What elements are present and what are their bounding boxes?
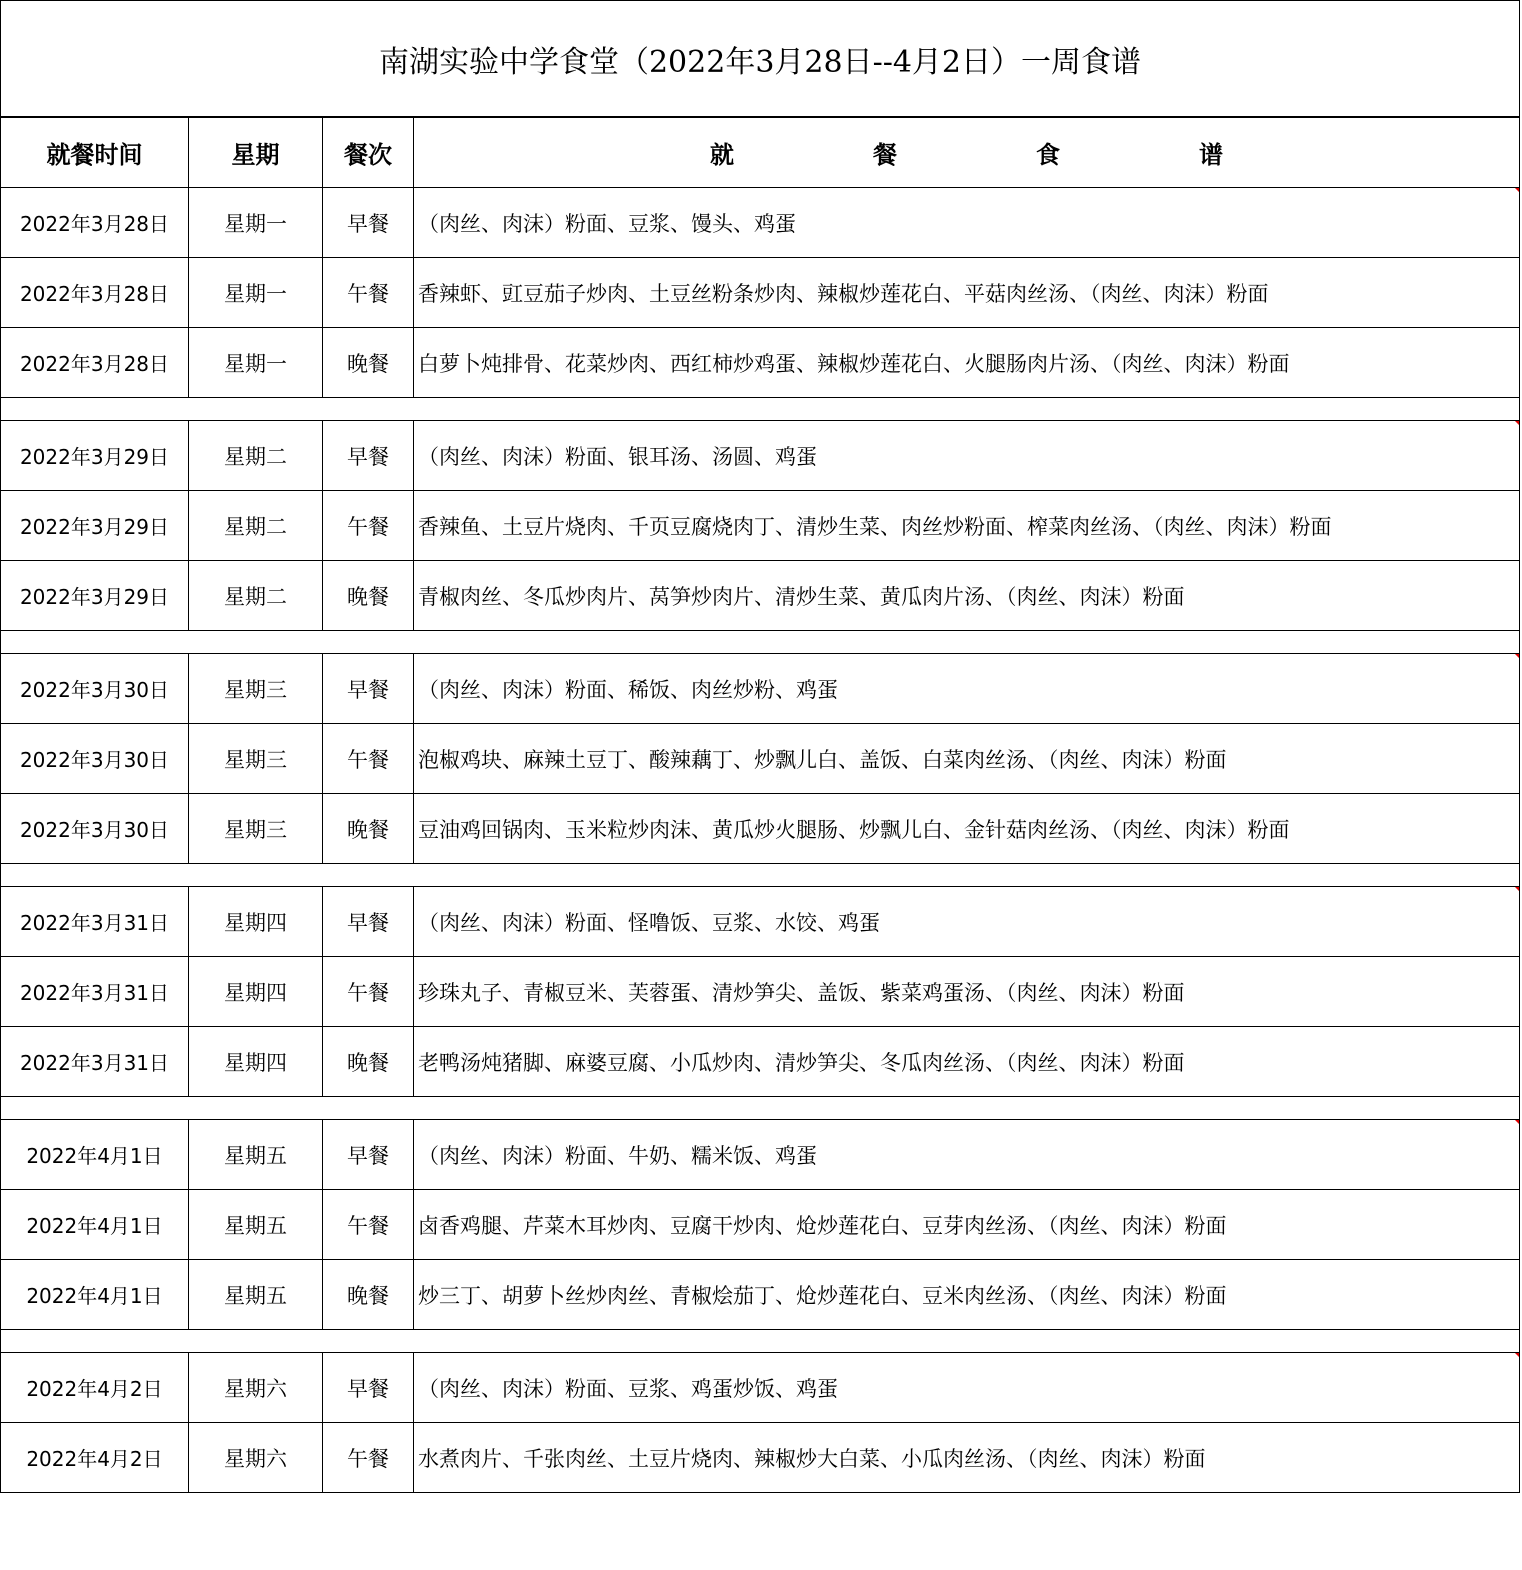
weekday-cell[interactable]: 星期四: [189, 1027, 323, 1097]
page-title: 南湖实验中学食堂（2022年3月28日--4月2日）一周食谱: [379, 37, 1141, 81]
menu-cell[interactable]: （肉丝、肉沫）粉面、怪噜饭、豆浆、水饺、鸡蛋: [414, 887, 1520, 957]
comment-indicator-icon[interactable]: [1514, 1120, 1520, 1126]
table-row: 2022年3月28日星期一午餐香辣虾、豇豆茄子炒肉、土豆丝粉条炒肉、辣椒炒莲花白…: [1, 258, 1520, 328]
menu-cell[interactable]: 珍珠丸子、青椒豆米、芙蓉蛋、清炒笋尖、盖饭、紫菜鸡蛋汤、（肉丝、肉沫）粉面: [414, 957, 1520, 1027]
header-menu-char: 谱: [1130, 135, 1293, 170]
comment-indicator-icon[interactable]: [1514, 188, 1520, 194]
meal-cell[interactable]: 早餐: [323, 654, 414, 724]
header-menu-char: 餐: [804, 135, 967, 170]
spreadsheet: 南湖实验中学食堂（2022年3月28日--4月2日）一周食谱 就餐时间 星期 餐…: [0, 0, 1520, 1493]
menu-cell[interactable]: 青椒肉丝、冬瓜炒肉片、莴笋炒肉片、清炒生菜、黄瓜肉片汤、（肉丝、肉沫）粉面: [414, 561, 1520, 631]
header-menu-char: 食: [967, 135, 1130, 170]
meal-cell[interactable]: 午餐: [323, 258, 414, 328]
table-row: 2022年3月30日星期三晚餐豆油鸡回锅肉、玉米粒炒肉沫、黄瓜炒火腿肠、炒飘儿白…: [1, 794, 1520, 864]
meal-cell[interactable]: 早餐: [323, 421, 414, 491]
date-cell[interactable]: 2022年4月1日: [1, 1120, 189, 1190]
header-meal[interactable]: 餐次: [323, 118, 414, 188]
date-cell[interactable]: 2022年3月28日: [1, 328, 189, 398]
date-cell[interactable]: 2022年4月1日: [1, 1260, 189, 1330]
date-cell[interactable]: 2022年3月31日: [1, 887, 189, 957]
header-row: 就餐时间 星期 餐次 就餐食谱: [1, 118, 1520, 188]
table-row: 2022年3月28日星期一晚餐白萝卜炖排骨、花菜炒肉、西红柿炒鸡蛋、辣椒炒莲花白…: [1, 328, 1520, 398]
spacer-row: [1, 1097, 1520, 1120]
table-row: 2022年3月31日星期四早餐（肉丝、肉沫）粉面、怪噜饭、豆浆、水饺、鸡蛋: [1, 887, 1520, 957]
meal-cell[interactable]: 早餐: [323, 887, 414, 957]
date-cell[interactable]: 2022年3月31日: [1, 1027, 189, 1097]
date-cell[interactable]: 2022年3月30日: [1, 794, 189, 864]
meal-cell[interactable]: 早餐: [323, 1353, 414, 1423]
weekday-cell[interactable]: 星期一: [189, 258, 323, 328]
menu-cell[interactable]: （肉丝、肉沫）粉面、银耳汤、汤圆、鸡蛋: [414, 421, 1520, 491]
menu-cell[interactable]: 炒三丁、胡萝卜丝炒肉丝、青椒烩茄丁、炝炒莲花白、豆米肉丝汤、（肉丝、肉沫）粉面: [414, 1260, 1520, 1330]
meal-cell[interactable]: 午餐: [323, 1190, 414, 1260]
weekday-cell[interactable]: 星期四: [189, 887, 323, 957]
table-row: 2022年3月30日星期三早餐（肉丝、肉沫）粉面、稀饭、肉丝炒粉、鸡蛋: [1, 654, 1520, 724]
menu-cell[interactable]: （肉丝、肉沫）粉面、牛奶、糯米饭、鸡蛋: [414, 1120, 1520, 1190]
menu-cell[interactable]: （肉丝、肉沫）粉面、豆浆、馒头、鸡蛋: [414, 188, 1520, 258]
spacer-row: [1, 1330, 1520, 1353]
meal-cell[interactable]: 晚餐: [323, 794, 414, 864]
comment-indicator-icon[interactable]: [1514, 654, 1520, 660]
table-row: 2022年3月30日星期三午餐泡椒鸡块、麻辣土豆丁、酸辣藕丁、炒飘儿白、盖饭、白…: [1, 724, 1520, 794]
weekday-cell[interactable]: 星期四: [189, 957, 323, 1027]
header-weekday[interactable]: 星期: [189, 118, 323, 188]
date-cell[interactable]: 2022年3月28日: [1, 188, 189, 258]
menu-cell[interactable]: 卤香鸡腿、芹菜木耳炒肉、豆腐干炒肉、炝炒莲花白、豆芽肉丝汤、（肉丝、肉沫）粉面: [414, 1190, 1520, 1260]
weekday-cell[interactable]: 星期五: [189, 1260, 323, 1330]
menu-cell[interactable]: 水煮肉片、千张肉丝、土豆片烧肉、辣椒炒大白菜、小瓜肉丝汤、（肉丝、肉沫）粉面: [414, 1423, 1520, 1493]
spacer-cell[interactable]: [1, 1097, 1520, 1120]
weekday-cell[interactable]: 星期三: [189, 724, 323, 794]
date-cell[interactable]: 2022年3月30日: [1, 724, 189, 794]
spacer-cell[interactable]: [1, 631, 1520, 654]
table-row: 2022年4月2日星期六早餐（肉丝、肉沫）粉面、豆浆、鸡蛋炒饭、鸡蛋: [1, 1353, 1520, 1423]
weekday-cell[interactable]: 星期二: [189, 491, 323, 561]
weekday-cell[interactable]: 星期六: [189, 1353, 323, 1423]
comment-indicator-icon[interactable]: [1514, 887, 1520, 893]
meal-cell[interactable]: 午餐: [323, 724, 414, 794]
weekday-cell[interactable]: 星期五: [189, 1190, 323, 1260]
weekday-cell[interactable]: 星期一: [189, 328, 323, 398]
weekday-cell[interactable]: 星期六: [189, 1423, 323, 1493]
weekday-cell[interactable]: 星期二: [189, 561, 323, 631]
spacer-cell[interactable]: [1, 864, 1520, 887]
date-cell[interactable]: 2022年3月29日: [1, 491, 189, 561]
title-cell[interactable]: 南湖实验中学食堂（2022年3月28日--4月2日）一周食谱: [0, 0, 1520, 117]
table-row: 2022年3月28日星期一早餐（肉丝、肉沫）粉面、豆浆、馒头、鸡蛋: [1, 188, 1520, 258]
spacer-cell[interactable]: [1, 1330, 1520, 1353]
table-row: 2022年3月29日星期二早餐（肉丝、肉沫）粉面、银耳汤、汤圆、鸡蛋: [1, 421, 1520, 491]
date-cell[interactable]: 2022年4月1日: [1, 1190, 189, 1260]
date-cell[interactable]: 2022年4月2日: [1, 1423, 189, 1493]
menu-table: 就餐时间 星期 餐次 就餐食谱 2022年3月28日星期一早餐（肉丝、肉沫）粉面…: [0, 117, 1520, 1493]
header-date[interactable]: 就餐时间: [1, 118, 189, 188]
meal-cell[interactable]: 晚餐: [323, 561, 414, 631]
table-row: 2022年3月31日星期四午餐珍珠丸子、青椒豆米、芙蓉蛋、清炒笋尖、盖饭、紫菜鸡…: [1, 957, 1520, 1027]
meal-cell[interactable]: 晚餐: [323, 1260, 414, 1330]
date-cell[interactable]: 2022年4月2日: [1, 1353, 189, 1423]
weekday-cell[interactable]: 星期五: [189, 1120, 323, 1190]
table-row: 2022年3月29日星期二午餐香辣鱼、土豆片烧肉、千页豆腐烧肉丁、清炒生菜、肉丝…: [1, 491, 1520, 561]
meal-cell[interactable]: 早餐: [323, 188, 414, 258]
table-row: 2022年3月29日星期二晚餐青椒肉丝、冬瓜炒肉片、莴笋炒肉片、清炒生菜、黄瓜肉…: [1, 561, 1520, 631]
weekday-cell[interactable]: 星期三: [189, 794, 323, 864]
spacer-cell[interactable]: [1, 398, 1520, 421]
header-menu[interactable]: 就餐食谱: [414, 118, 1520, 188]
comment-indicator-icon[interactable]: [1514, 421, 1520, 427]
menu-cell[interactable]: （肉丝、肉沫）粉面、豆浆、鸡蛋炒饭、鸡蛋: [414, 1353, 1520, 1423]
date-cell[interactable]: 2022年3月31日: [1, 957, 189, 1027]
table-row: 2022年4月1日星期五晚餐炒三丁、胡萝卜丝炒肉丝、青椒烩茄丁、炝炒莲花白、豆米…: [1, 1260, 1520, 1330]
table-row: 2022年4月1日星期五早餐（肉丝、肉沫）粉面、牛奶、糯米饭、鸡蛋: [1, 1120, 1520, 1190]
menu-cell[interactable]: 香辣虾、豇豆茄子炒肉、土豆丝粉条炒肉、辣椒炒莲花白、平菇肉丝汤、（肉丝、肉沫）粉…: [414, 258, 1520, 328]
menu-cell[interactable]: （肉丝、肉沫）粉面、稀饭、肉丝炒粉、鸡蛋: [414, 654, 1520, 724]
weekday-cell[interactable]: 星期二: [189, 421, 323, 491]
spacer-row: [1, 398, 1520, 421]
meal-cell[interactable]: 午餐: [323, 1423, 414, 1493]
header-menu-char: 就: [641, 135, 804, 170]
meal-cell[interactable]: 早餐: [323, 1120, 414, 1190]
table-row: 2022年3月31日星期四晚餐老鸭汤炖猪脚、麻婆豆腐、小瓜炒肉、清炒笋尖、冬瓜肉…: [1, 1027, 1520, 1097]
weekday-cell[interactable]: 星期一: [189, 188, 323, 258]
menu-cell[interactable]: 泡椒鸡块、麻辣土豆丁、酸辣藕丁、炒飘儿白、盖饭、白菜肉丝汤、（肉丝、肉沫）粉面: [414, 724, 1520, 794]
meal-cell[interactable]: 晚餐: [323, 1027, 414, 1097]
meal-cell[interactable]: 午餐: [323, 957, 414, 1027]
comment-indicator-icon[interactable]: [1514, 1353, 1520, 1359]
date-cell[interactable]: 2022年3月28日: [1, 258, 189, 328]
menu-cell[interactable]: 老鸭汤炖猪脚、麻婆豆腐、小瓜炒肉、清炒笋尖、冬瓜肉丝汤、（肉丝、肉沫）粉面: [414, 1027, 1520, 1097]
spacer-row: [1, 631, 1520, 654]
date-cell[interactable]: 2022年3月29日: [1, 561, 189, 631]
meal-cell[interactable]: 午餐: [323, 491, 414, 561]
spacer-row: [1, 864, 1520, 887]
date-cell[interactable]: 2022年3月29日: [1, 421, 189, 491]
menu-cell[interactable]: 豆油鸡回锅肉、玉米粒炒肉沫、黄瓜炒火腿肠、炒飘儿白、金针菇肉丝汤、（肉丝、肉沫）…: [414, 794, 1520, 864]
table-row: 2022年4月1日星期五午餐卤香鸡腿、芹菜木耳炒肉、豆腐干炒肉、炝炒莲花白、豆芽…: [1, 1190, 1520, 1260]
date-cell[interactable]: 2022年3月30日: [1, 654, 189, 724]
menu-cell[interactable]: 白萝卜炖排骨、花菜炒肉、西红柿炒鸡蛋、辣椒炒莲花白、火腿肠肉片汤、（肉丝、肉沫）…: [414, 328, 1520, 398]
table-row: 2022年4月2日星期六午餐水煮肉片、千张肉丝、土豆片烧肉、辣椒炒大白菜、小瓜肉…: [1, 1423, 1520, 1493]
meal-cell[interactable]: 晚餐: [323, 328, 414, 398]
weekday-cell[interactable]: 星期三: [189, 654, 323, 724]
menu-cell[interactable]: 香辣鱼、土豆片烧肉、千页豆腐烧肉丁、清炒生菜、肉丝炒粉面、榨菜肉丝汤、（肉丝、肉…: [414, 491, 1520, 561]
